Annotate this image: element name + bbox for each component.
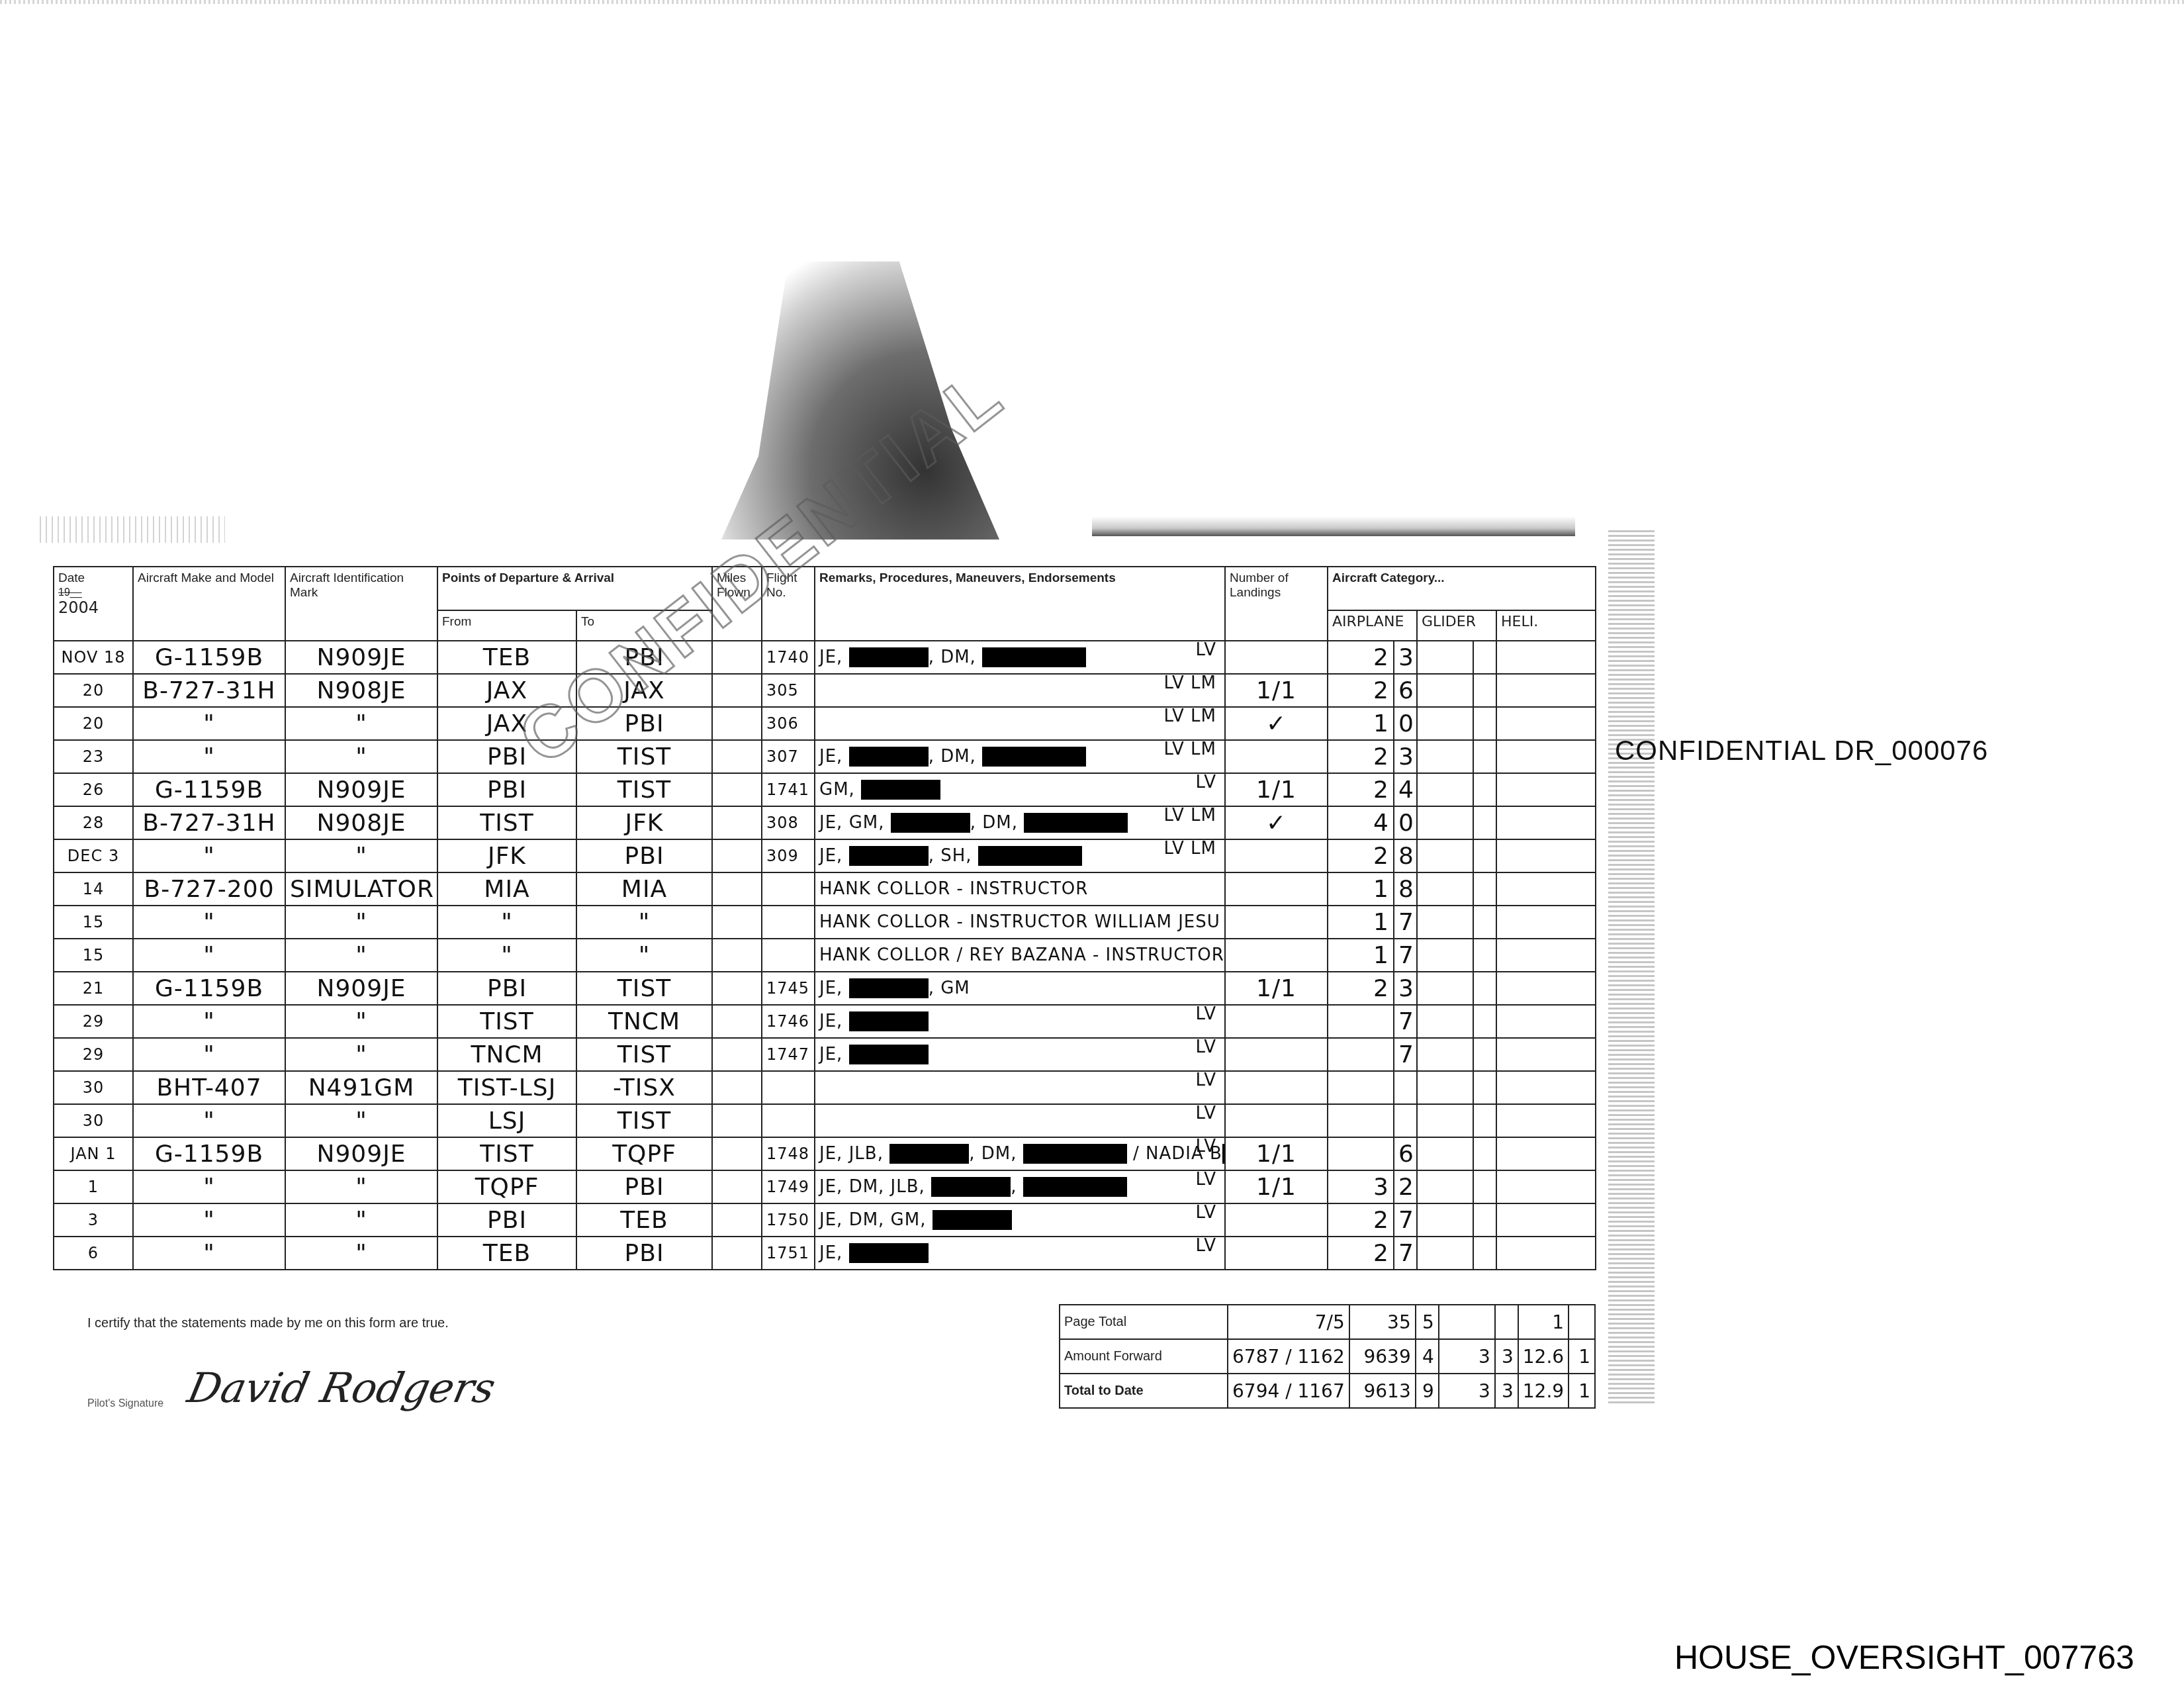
header-make-model: Aircraft Make and Model [133, 567, 285, 641]
bates-number: HOUSE_OVERSIGHT_007763 [1674, 1638, 2134, 1677]
cell-airplane-hours: 3 [1328, 1170, 1394, 1203]
cell-to: TEB [576, 1203, 712, 1237]
cell-glider-tenths [1473, 1038, 1496, 1071]
remarks-text: JE, [819, 1243, 929, 1263]
cell-ident-mark: " [285, 939, 437, 972]
cell-flight-no: 1746 [762, 1005, 815, 1038]
cell-to: PBI [576, 839, 712, 872]
header-landings: Number of Landings [1225, 567, 1328, 641]
cell-glider-tenths [1473, 1071, 1496, 1104]
cell-flight-no: 1740 [762, 641, 815, 674]
cell-ident-mark: N491GM [285, 1071, 437, 1104]
cell-airplane-tenths: 0 [1394, 707, 1417, 740]
cell-flight-no: 1741 [762, 773, 815, 806]
cell-to: " [576, 939, 712, 972]
cell-landings: 1/1 [1225, 972, 1328, 1005]
cell-glider-hours [1417, 1203, 1473, 1237]
totals-label: Page Total [1060, 1305, 1228, 1339]
cell-airplane-tenths: 3 [1394, 972, 1417, 1005]
totals-heli-hours: 12.9 [1518, 1374, 1569, 1408]
totals-airplane-hours: 35 [1349, 1305, 1416, 1339]
cell-glider-tenths [1473, 1170, 1496, 1203]
cell-make-model: " [133, 939, 285, 972]
totals-glider-hours: 3 [1439, 1339, 1495, 1374]
cell-glider-hours [1417, 1005, 1473, 1038]
cell-landings [1225, 939, 1328, 972]
log-row: 30BHT-407N491GMTIST-LSJ-TISXLV [54, 1071, 1596, 1104]
cell-flight-no: 1751 [762, 1237, 815, 1270]
redaction-bar [861, 780, 940, 800]
certification-text: I certify that the statements made by me… [87, 1316, 449, 1331]
redaction-bar [1024, 813, 1128, 833]
totals-glider-hours [1439, 1305, 1495, 1339]
remarks-text: JE, , SH, [819, 846, 1082, 866]
cell-landings [1225, 1071, 1328, 1104]
redaction-bar [849, 747, 929, 767]
cell-date: 3 [54, 1203, 133, 1237]
cell-ident-mark: " [285, 1038, 437, 1071]
cell-airplane-tenths: 8 [1394, 839, 1417, 872]
redaction-bar [849, 1243, 929, 1263]
signature-label: Pilot's Signature [87, 1398, 163, 1410]
cell-airplane-tenths: 4 [1394, 773, 1417, 806]
cell-glider-hours [1417, 1071, 1473, 1104]
log-row: NOV 18G-1159BN909JETEBPBI1740JE, , DM, L… [54, 641, 1596, 674]
cell-flight-no: 1745 [762, 972, 815, 1005]
totals-landings: 6794 / 1167 [1228, 1374, 1349, 1408]
cell-airplane-tenths: 7 [1394, 1237, 1417, 1270]
cell-glider-tenths [1473, 1203, 1496, 1237]
cell-airplane-hours [1328, 1038, 1394, 1071]
totals-heli-tenths: 1 [1569, 1374, 1595, 1408]
cell-flight-no [762, 1104, 815, 1137]
log-row: 29""TNCMTIST1747JE, LV7 [54, 1038, 1596, 1071]
cell-heli [1496, 1071, 1596, 1104]
cell-date: 30 [54, 1071, 133, 1104]
cell-from: " [437, 939, 576, 972]
cell-date: 23 [54, 740, 133, 773]
cell-from: TIST [437, 1005, 576, 1038]
cell-flight-no: 309 [762, 839, 815, 872]
cell-heli [1496, 1137, 1596, 1170]
cell-airplane-hours: 2 [1328, 1203, 1394, 1237]
header-cat-heli: HELI. [1496, 610, 1596, 641]
cell-airplane-tenths [1394, 1104, 1417, 1137]
redaction-bar [889, 1144, 969, 1164]
cell-glider-hours [1417, 773, 1473, 806]
redaction-bar [1023, 1177, 1127, 1197]
cell-make-model: " [133, 1170, 285, 1203]
crew-code: LV [1196, 1239, 1216, 1253]
cell-airplane-tenths: 7 [1394, 906, 1417, 939]
redaction-bar [931, 1177, 1011, 1197]
crew-code: LV LM [1163, 709, 1216, 724]
cell-remarks: JE, LV [815, 1237, 1225, 1270]
cell-heli [1496, 740, 1596, 773]
cell-airplane-hours: 2 [1328, 641, 1394, 674]
log-row: 14B-727-200SIMULATORMIAMIAHANK COLLOR - … [54, 872, 1596, 906]
log-row: 23""PBITIST307JE, , DM, LV LM23 [54, 740, 1596, 773]
log-row: JAN 1G-1159BN909JETISTTQPF1748JE, JLB, ,… [54, 1137, 1596, 1170]
cell-glider-tenths [1473, 1005, 1496, 1038]
cell-miles [712, 1038, 762, 1071]
cell-flight-no [762, 906, 815, 939]
totals-landings: 6787 / 1162 [1228, 1339, 1349, 1374]
totals-glider-tenths: 3 [1495, 1374, 1518, 1408]
cell-ident-mark: " [285, 707, 437, 740]
log-row: 15""""HANK COLLOR / REY BAZANA - INSTRUC… [54, 939, 1596, 972]
totals-row: Page Total7/53551 [1060, 1305, 1595, 1339]
cell-glider-tenths [1473, 674, 1496, 707]
cell-heli [1496, 1237, 1596, 1270]
remarks-text: JE, JLB, , DM, / NADIA B [819, 1144, 1225, 1164]
remarks-text: JE, GM, , DM, [819, 813, 1128, 833]
cell-glider-hours [1417, 707, 1473, 740]
cell-flight-no: 308 [762, 806, 815, 839]
header-category: Aircraft Category... [1328, 567, 1596, 610]
cell-to: -TISX [576, 1071, 712, 1104]
cell-ident-mark: " [285, 1237, 437, 1270]
cell-make-model: G-1159B [133, 773, 285, 806]
remarks-text: HANK COLLOR - INSTRUCTOR WILLIAM JESU [819, 912, 1220, 932]
cell-glider-tenths [1473, 740, 1496, 773]
cell-remarks: HANK COLLOR / REY BAZANA - INSTRUCTOR WI… [815, 939, 1225, 972]
cell-make-model: " [133, 1038, 285, 1071]
remarks-text: JE, [819, 1011, 929, 1031]
cell-landings: 1/1 [1225, 773, 1328, 806]
cell-from: JFK [437, 839, 576, 872]
cell-heli [1496, 773, 1596, 806]
cell-airplane-tenths: 7 [1394, 1203, 1417, 1237]
cell-airplane-tenths: 6 [1394, 1137, 1417, 1170]
cell-from: TNCM [437, 1038, 576, 1071]
crew-code: LV [1196, 1139, 1216, 1154]
totals-airplane-tenths: 9 [1416, 1374, 1439, 1408]
cell-to: MIA [576, 872, 712, 906]
totals-heli-hours: 1 [1518, 1305, 1569, 1339]
cell-ident-mark: N909JE [285, 773, 437, 806]
cell-glider-tenths [1473, 839, 1496, 872]
cell-miles [712, 707, 762, 740]
cell-miles [712, 806, 762, 839]
cell-airplane-hours [1328, 1104, 1394, 1137]
cell-flight-no [762, 872, 815, 906]
cell-ident-mark: N909JE [285, 972, 437, 1005]
cell-make-model: " [133, 740, 285, 773]
cell-glider-tenths [1473, 773, 1496, 806]
remarks-text: JE, [819, 1045, 929, 1064]
flight-log-table: Date 19__ 2004 Aircraft Make and Model A… [53, 566, 1595, 1270]
cell-airplane-tenths: 6 [1394, 674, 1417, 707]
cell-make-model: G-1159B [133, 1137, 285, 1170]
header-ident-mark: Aircraft Identification Mark [285, 567, 437, 641]
cell-glider-hours [1417, 1237, 1473, 1270]
cell-date: 6 [54, 1237, 133, 1270]
confidential-label: CONFIDENTIAL DR_000076 [1615, 735, 1988, 767]
cell-airplane-tenths: 7 [1394, 939, 1417, 972]
cell-remarks: JE, DM, GM, LV [815, 1203, 1225, 1237]
crew-code: LV [1196, 1073, 1216, 1088]
header-date: Date 19__ 2004 [54, 567, 133, 641]
cell-make-model: " [133, 906, 285, 939]
totals-block: Page Total7/53551Amount Forward6787 / 11… [1059, 1304, 1596, 1409]
crew-code: LV [1196, 1040, 1216, 1055]
cell-date: 1 [54, 1170, 133, 1203]
cell-date: 20 [54, 707, 133, 740]
cell-remarks: JE, , DM, LV [815, 641, 1225, 674]
cell-airplane-hours: 4 [1328, 806, 1394, 839]
cell-to: PBI [576, 1237, 712, 1270]
cell-make-model: G-1159B [133, 972, 285, 1005]
redaction-bar [891, 813, 970, 833]
totals-heli-tenths [1569, 1305, 1595, 1339]
cell-flight-no: 1748 [762, 1137, 815, 1170]
cell-glider-hours [1417, 674, 1473, 707]
log-row: 28B-727-31HN908JETISTJFK308JE, GM, , DM,… [54, 806, 1596, 839]
cell-make-model: B-727-200 [133, 872, 285, 906]
crew-code: LV LM [1163, 841, 1216, 856]
cell-make-model: " [133, 839, 285, 872]
cell-to: TIST [576, 1038, 712, 1071]
cell-make-model: B-727-31H [133, 674, 285, 707]
log-row: 30""LSJTISTLV [54, 1104, 1596, 1137]
cell-glider-tenths [1473, 1237, 1496, 1270]
cell-flight-no: 307 [762, 740, 815, 773]
cell-landings [1225, 1005, 1328, 1038]
redaction-bar [849, 1045, 929, 1064]
cell-heli [1496, 872, 1596, 906]
cell-date: 15 [54, 906, 133, 939]
cell-make-model: " [133, 1104, 285, 1137]
cell-landings: ✓ [1225, 707, 1328, 740]
totals-heli-tenths: 1 [1569, 1339, 1595, 1374]
redaction-bar [933, 1210, 1012, 1230]
cell-airplane-tenths: 8 [1394, 872, 1417, 906]
totals-glider-tenths [1495, 1305, 1518, 1339]
cell-remarks: JE, DM, JLB, , LV [815, 1170, 1225, 1203]
cell-from: TEB [437, 641, 576, 674]
cell-heli [1496, 1005, 1596, 1038]
cell-ident-mark: N908JE [285, 806, 437, 839]
totals-row: Total to Date6794 / 1167961393312.91 [1060, 1374, 1595, 1408]
redaction-bar [1023, 1144, 1127, 1164]
cell-glider-tenths [1473, 939, 1496, 972]
cell-remarks: JE, JLB, , DM, / NADIA BLV [815, 1137, 1225, 1170]
cell-miles [712, 872, 762, 906]
cell-landings [1225, 839, 1328, 872]
cell-date: 21 [54, 972, 133, 1005]
cell-heli [1496, 939, 1596, 972]
cell-airplane-hours: 2 [1328, 1237, 1394, 1270]
cell-ident-mark: " [285, 906, 437, 939]
cell-to: TIST [576, 773, 712, 806]
cell-airplane-hours [1328, 1005, 1394, 1038]
cell-from: TIST [437, 1137, 576, 1170]
cell-landings [1225, 1104, 1328, 1137]
cell-miles [712, 1137, 762, 1170]
cell-glider-tenths [1473, 1137, 1496, 1170]
crew-code: LV [1196, 643, 1216, 657]
cell-miles [712, 1170, 762, 1203]
cell-landings [1225, 1203, 1328, 1237]
cell-glider-tenths [1473, 806, 1496, 839]
cell-ident-mark: " [285, 1170, 437, 1203]
cell-landings [1225, 906, 1328, 939]
cell-to: PBI [576, 1170, 712, 1203]
cell-date: 15 [54, 939, 133, 972]
cell-date: NOV 18 [54, 641, 133, 674]
cell-make-model: " [133, 1237, 285, 1270]
cell-make-model: G-1159B [133, 641, 285, 674]
cell-flight-no: 1750 [762, 1203, 815, 1237]
redaction-bar [982, 647, 1086, 667]
cell-from: TIST-LSJ [437, 1071, 576, 1104]
cell-heli [1496, 1170, 1596, 1203]
cell-ident-mark: " [285, 740, 437, 773]
log-row: 1""TQPFPBI1749JE, DM, JLB, , LV1/132 [54, 1170, 1596, 1203]
cell-airplane-hours: 2 [1328, 773, 1394, 806]
cell-heli [1496, 707, 1596, 740]
cell-landings [1225, 641, 1328, 674]
totals-label: Total to Date [1060, 1374, 1228, 1408]
cell-remarks: LV LM [815, 707, 1225, 740]
totals-airplane-hours: 9613 [1349, 1374, 1416, 1408]
cell-airplane-hours: 2 [1328, 839, 1394, 872]
log-row: 15""""HANK COLLOR - INSTRUCTOR WILLIAM J… [54, 906, 1596, 939]
cell-ident-mark: N909JE [285, 641, 437, 674]
cell-to: TNCM [576, 1005, 712, 1038]
cell-date: 26 [54, 773, 133, 806]
cell-glider-tenths [1473, 872, 1496, 906]
cell-remarks: LV [815, 1071, 1225, 1104]
log-row: 21G-1159BN909JEPBITIST1745JE, , GM1/123 [54, 972, 1596, 1005]
cell-date: 20 [54, 674, 133, 707]
totals-row: Amount Forward6787 / 1162963943312.61 [1060, 1339, 1595, 1374]
cell-airplane-hours [1328, 1137, 1394, 1170]
cell-glider-hours [1417, 906, 1473, 939]
cell-glider-hours [1417, 1104, 1473, 1137]
redaction-bar [1222, 1144, 1225, 1164]
cell-to: JFK [576, 806, 712, 839]
cell-heli [1496, 641, 1596, 674]
cell-miles [712, 939, 762, 972]
remarks-text: JE, , GM [819, 978, 970, 998]
cell-date: 29 [54, 1005, 133, 1038]
cell-ident-mark: N909JE [285, 1137, 437, 1170]
totals-landings: 7/5 [1228, 1305, 1349, 1339]
cell-glider-hours [1417, 972, 1473, 1005]
cell-from: " [437, 906, 576, 939]
cell-remarks: JE, GM, , DM, LV LM [815, 806, 1225, 839]
cell-to: " [576, 906, 712, 939]
scan-noise-left [40, 516, 225, 543]
cell-glider-tenths [1473, 1104, 1496, 1137]
cell-heli [1496, 1104, 1596, 1137]
crew-code: LV LM [1163, 742, 1216, 757]
cell-glider-tenths [1473, 707, 1496, 740]
cell-landings: 1/1 [1225, 1170, 1328, 1203]
cell-flight-no: 1747 [762, 1038, 815, 1071]
redaction-bar [849, 1011, 929, 1031]
cell-airplane-hours: 2 [1328, 674, 1394, 707]
totals-airplane-tenths: 4 [1416, 1339, 1439, 1374]
cell-landings [1225, 1237, 1328, 1270]
cell-remarks: GM, LV [815, 773, 1225, 806]
cell-from: TQPF [437, 1170, 576, 1203]
cell-remarks: HANK COLLOR - INSTRUCTOR WILLIAM JESU [815, 906, 1225, 939]
redaction-bar [849, 978, 929, 998]
header-remarks: Remarks, Procedures, Maneuvers, Endorsem… [815, 567, 1225, 641]
remarks-text: JE, DM, GM, [819, 1210, 1012, 1230]
cell-airplane-tenths: 7 [1394, 1038, 1417, 1071]
cell-ident-mark: SIMULATOR [285, 872, 437, 906]
cell-airplane-tenths: 7 [1394, 1005, 1417, 1038]
cell-heli [1496, 1203, 1596, 1237]
cell-remarks: JE, , GM [815, 972, 1225, 1005]
remarks-text: HANK COLLOR / REY BAZANA - INSTRUCTOR WI… [819, 945, 1225, 965]
cell-heli [1496, 839, 1596, 872]
log-row: 20""JAXPBI306LV LM✓10 [54, 707, 1596, 740]
cell-heli [1496, 1038, 1596, 1071]
cell-airplane-hours: 1 [1328, 707, 1394, 740]
cell-remarks: JE, , DM, LV LM [815, 740, 1225, 773]
cell-heli [1496, 806, 1596, 839]
cell-glider-tenths [1473, 906, 1496, 939]
cell-remarks: HANK COLLOR - INSTRUCTOR [815, 872, 1225, 906]
cell-landings [1225, 740, 1328, 773]
cell-airplane-tenths: 2 [1394, 1170, 1417, 1203]
cell-airplane-hours: 2 [1328, 740, 1394, 773]
totals-glider-tenths: 3 [1495, 1339, 1518, 1374]
redaction-bar [978, 846, 1082, 866]
cell-flight-no: 1749 [762, 1170, 815, 1203]
cell-miles [712, 773, 762, 806]
cell-flight-no: 305 [762, 674, 815, 707]
crew-code: LV [1196, 1172, 1216, 1187]
cell-glider-hours [1417, 806, 1473, 839]
cell-heli [1496, 972, 1596, 1005]
totals-airplane-tenths: 5 [1416, 1305, 1439, 1339]
header-cat-airplane: AIRPLANE [1328, 610, 1417, 641]
cell-landings [1225, 1038, 1328, 1071]
log-row: DEC 3""JFKPBI309JE, , SH, LV LM28 [54, 839, 1596, 872]
cell-date: JAN 1 [54, 1137, 133, 1170]
remarks-text: JE, DM, JLB, , [819, 1177, 1127, 1197]
redaction-bar [849, 647, 929, 667]
cell-heli [1496, 906, 1596, 939]
redaction-bar [982, 747, 1086, 767]
cell-remarks: LV [815, 1104, 1225, 1137]
cell-glider-hours [1417, 872, 1473, 906]
cell-airplane-hours [1328, 1071, 1394, 1104]
log-row: 3""PBITEB1750JE, DM, GM, LV27 [54, 1203, 1596, 1237]
cell-airplane-tenths: 0 [1394, 806, 1417, 839]
cell-miles [712, 839, 762, 872]
cell-airplane-hours: 1 [1328, 939, 1394, 972]
redaction-bar [849, 846, 929, 866]
totals-airplane-hours: 9639 [1349, 1339, 1416, 1374]
remarks-text: JE, , DM, [819, 647, 1086, 667]
cell-airplane-tenths [1394, 1071, 1417, 1104]
cell-from: TEB [437, 1237, 576, 1270]
cell-from: MIA [437, 872, 576, 906]
cell-airplane-hours: 2 [1328, 972, 1394, 1005]
remarks-text: GM, [819, 780, 940, 800]
crew-code: LV [1196, 1205, 1216, 1220]
crew-code: LV [1196, 1007, 1216, 1021]
cell-remarks: LV LM [815, 674, 1225, 707]
cell-glider-hours [1417, 1137, 1473, 1170]
